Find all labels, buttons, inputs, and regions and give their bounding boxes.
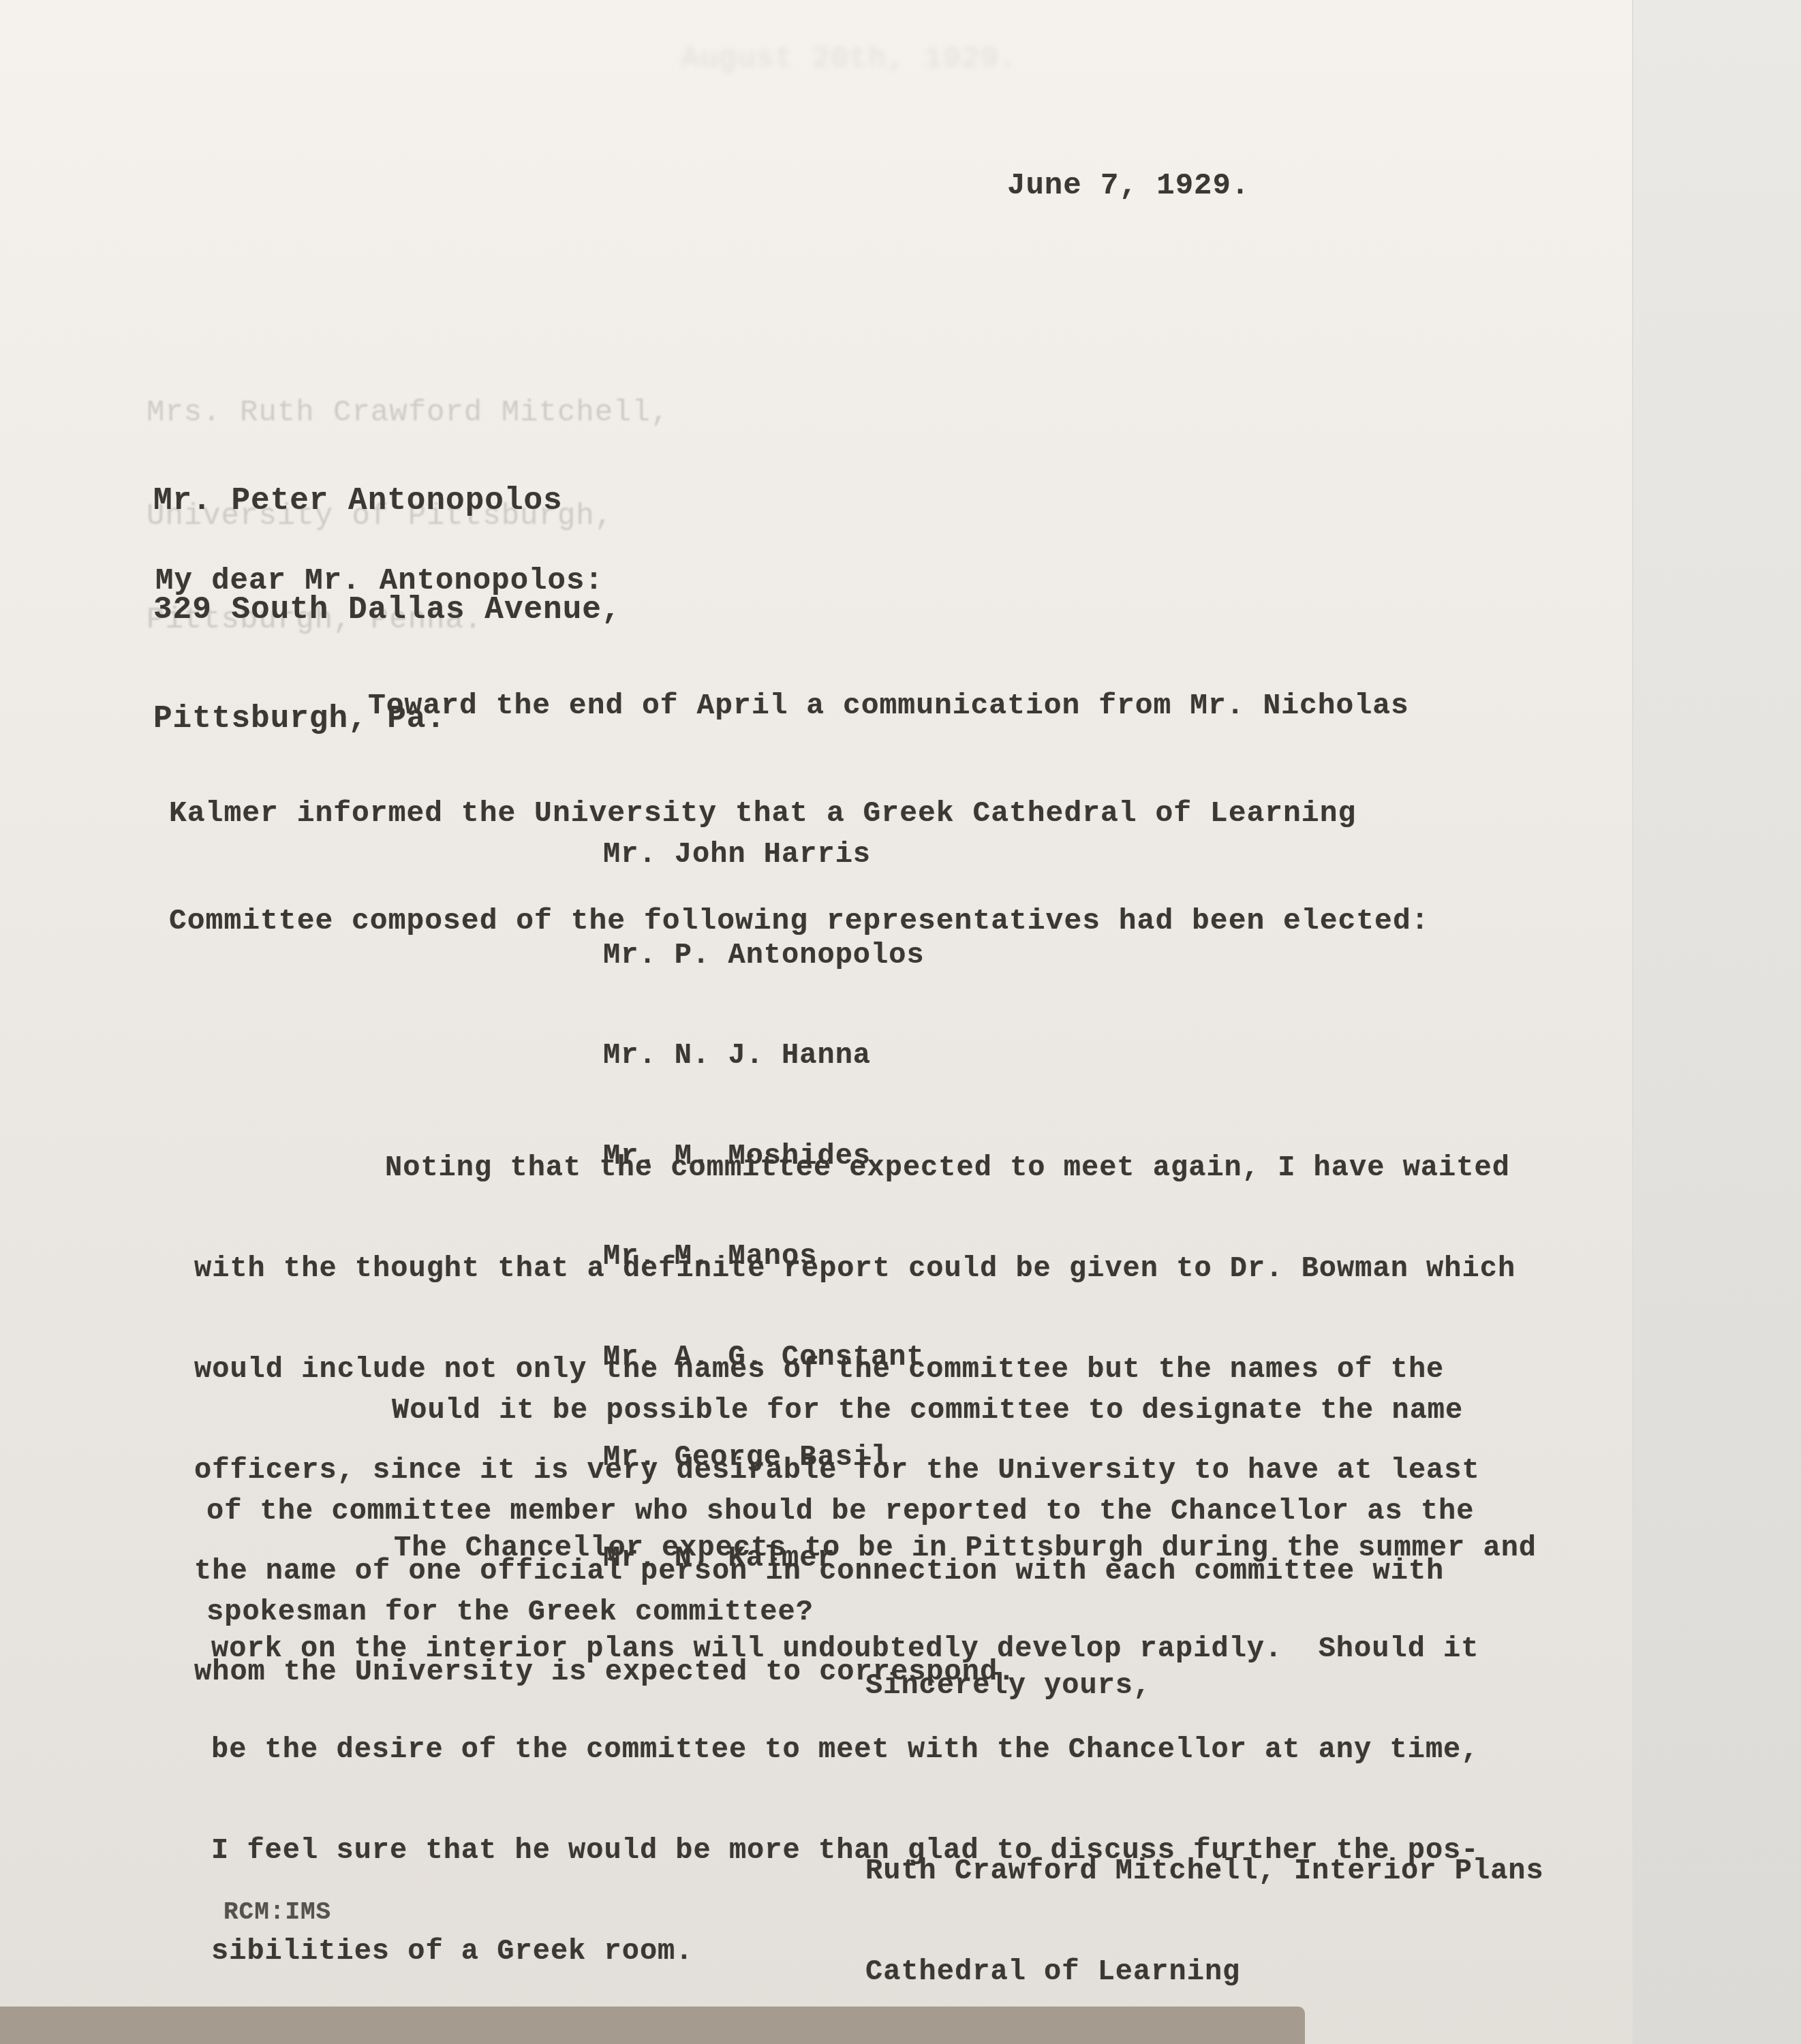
letter-date: June 7, 1929.: [1007, 169, 1250, 203]
underlying-sheet: [1632, 0, 1801, 2044]
committee-member: Mr. N. J. Hanna: [603, 1038, 925, 1074]
paragraph-line: Toward the end of April a communication …: [169, 688, 1430, 724]
salutation: My dear Mr. Antonopolos:: [155, 564, 604, 598]
signature-title: Cathedral of Learning: [865, 1954, 1544, 1989]
paragraph-line: Noting that the committee expected to me…: [194, 1150, 1515, 1186]
committee-member: Mr. John Harris: [603, 837, 925, 873]
paragraph-line: be the desire of the committee to meet w…: [211, 1732, 1537, 1767]
signature-name: Ruth Crawford Mitchell, Interior Plans: [865, 1853, 1544, 1889]
reference-initials: RCM:IMS: [224, 1898, 331, 1926]
paragraph-line: Would it be possible for the committee t…: [206, 1393, 1475, 1428]
ghost-date: August 20th, 1929.: [681, 42, 1017, 76]
signature-block: Ruth Crawford Mitchell, Interior Plans C…: [865, 1788, 1544, 2022]
paragraph-line: The Chancellor expects to be in Pittsbur…: [211, 1530, 1537, 1566]
paragraph-line: work on the interior plans will undoubte…: [211, 1631, 1537, 1667]
recipient-name: Mr. Peter Antonopolos: [153, 483, 621, 518]
committee-member: Mr. P. Antonopolos: [603, 938, 925, 974]
paragraph-line: with the thought that a definite report …: [194, 1251, 1515, 1286]
closing: Sincerely yours,: [865, 1669, 1151, 1702]
